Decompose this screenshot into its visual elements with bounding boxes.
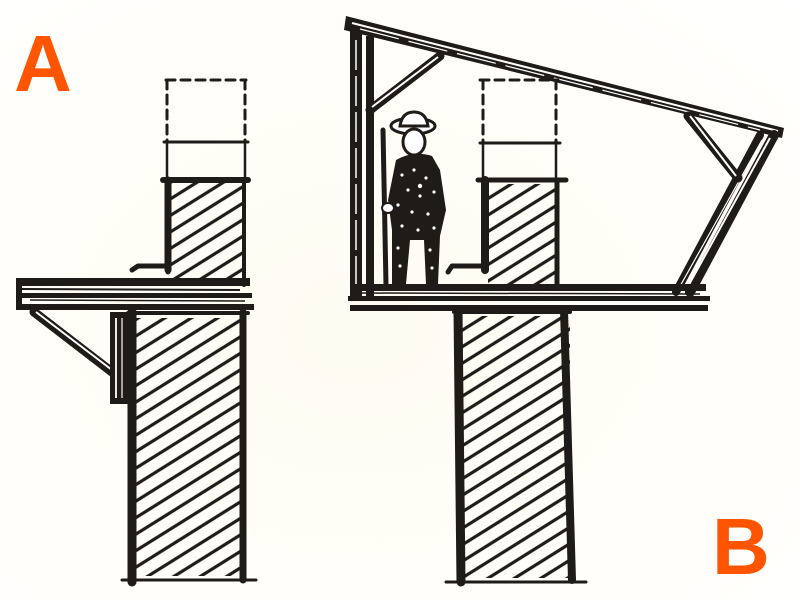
panel-a-drawing: [16, 80, 256, 582]
panel-a-platform-deck: [16, 278, 254, 310]
panel-b-platform-deck: [348, 284, 710, 311]
panel-a-support-bracket: [34, 312, 128, 404]
panel-label-a: A: [14, 24, 72, 104]
architectural-section-drawing: [0, 0, 800, 600]
panel-b-figure-with-rifle: [382, 112, 446, 285]
panel-b-upper-chimney: [448, 180, 566, 288]
panel-a-upper-chimney: [132, 180, 248, 285]
panel-b-lower-chimney: [446, 310, 586, 582]
panel-a-lower-chimney: [122, 312, 256, 582]
panel-label-b: B: [712, 507, 770, 587]
panel-a-dashed-chimney-extension: [164, 80, 248, 178]
panel-b-drawing: [344, 16, 784, 582]
panel-b-front-struts: [676, 116, 774, 292]
panel-b-dashed-chimney-extension: [480, 80, 560, 178]
